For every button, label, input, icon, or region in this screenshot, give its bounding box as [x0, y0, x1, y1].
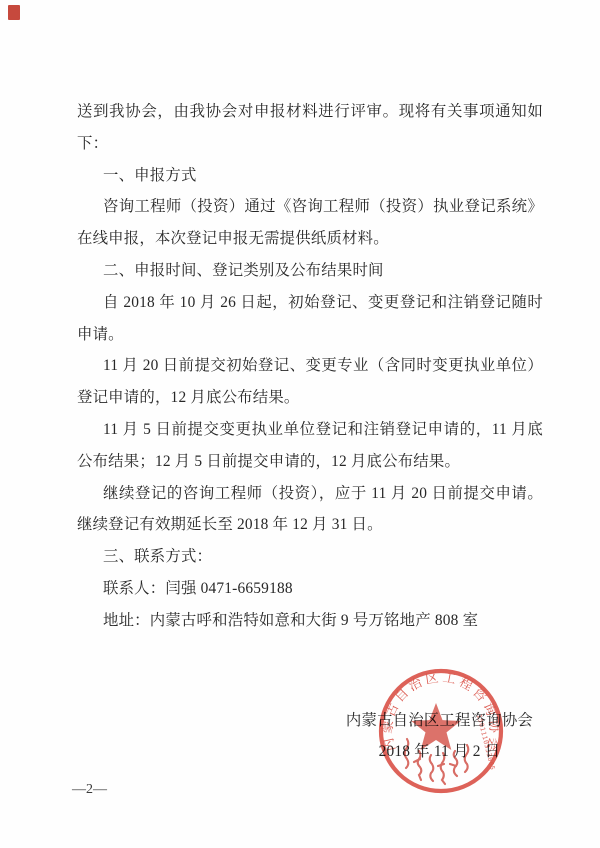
- paragraph: 三、联系方式：: [77, 541, 543, 573]
- paragraph: 咨询工程师（投资）通过《咨询工程师（投资）执业登记系统》在线申报，本次登记申报无…: [77, 191, 543, 255]
- signature-block: 内蒙古自治区工程咨询协会 2018 年 11 月 2 日: [346, 705, 533, 767]
- document-body: 送到我协会，由我协会对申报材料进行评审。现将有关事项通知如下：一、申报方式咨询工…: [77, 96, 543, 637]
- page-number: —2—: [72, 782, 107, 798]
- signature-date: 2018 年 11 月 2 日: [346, 736, 533, 767]
- paragraph: 送到我协会，由我协会对申报材料进行评审。现将有关事项通知如下：: [77, 96, 543, 160]
- paragraph: 一、申报方式: [77, 160, 543, 192]
- paragraph: 11 月 20 日前提交初始登记、变更专业（含同时变更执业单位）登记申请的，12…: [77, 350, 543, 414]
- document-page: 送到我协会，由我协会对申报材料进行评审。现将有关事项通知如下：一、申报方式咨询工…: [0, 0, 600, 848]
- paragraph: 地址：内蒙古呼和浩特如意和大街 9 号万铭地产 808 室: [77, 605, 543, 637]
- paragraph: 二、申报时间、登记类别及公布结果时间: [77, 255, 543, 287]
- paragraph: 11 月 5 日前提交变更执业单位登记和注销登记申请的，11 月底公布结果；12…: [77, 414, 543, 478]
- paragraph: 联系人：闫强 0471-6659188: [77, 573, 543, 605]
- scan-corner-mark: [8, 5, 20, 20]
- signature-org: 内蒙古自治区工程咨询协会: [346, 705, 533, 736]
- paragraph: 自 2018 年 10 月 26 日起，初始登记、变更登记和注销登记随时申请。: [77, 287, 543, 351]
- paragraph: 继续登记的咨询工程师（投资），应于 11 月 20 日前提交申请。继续登记有效期…: [77, 478, 543, 542]
